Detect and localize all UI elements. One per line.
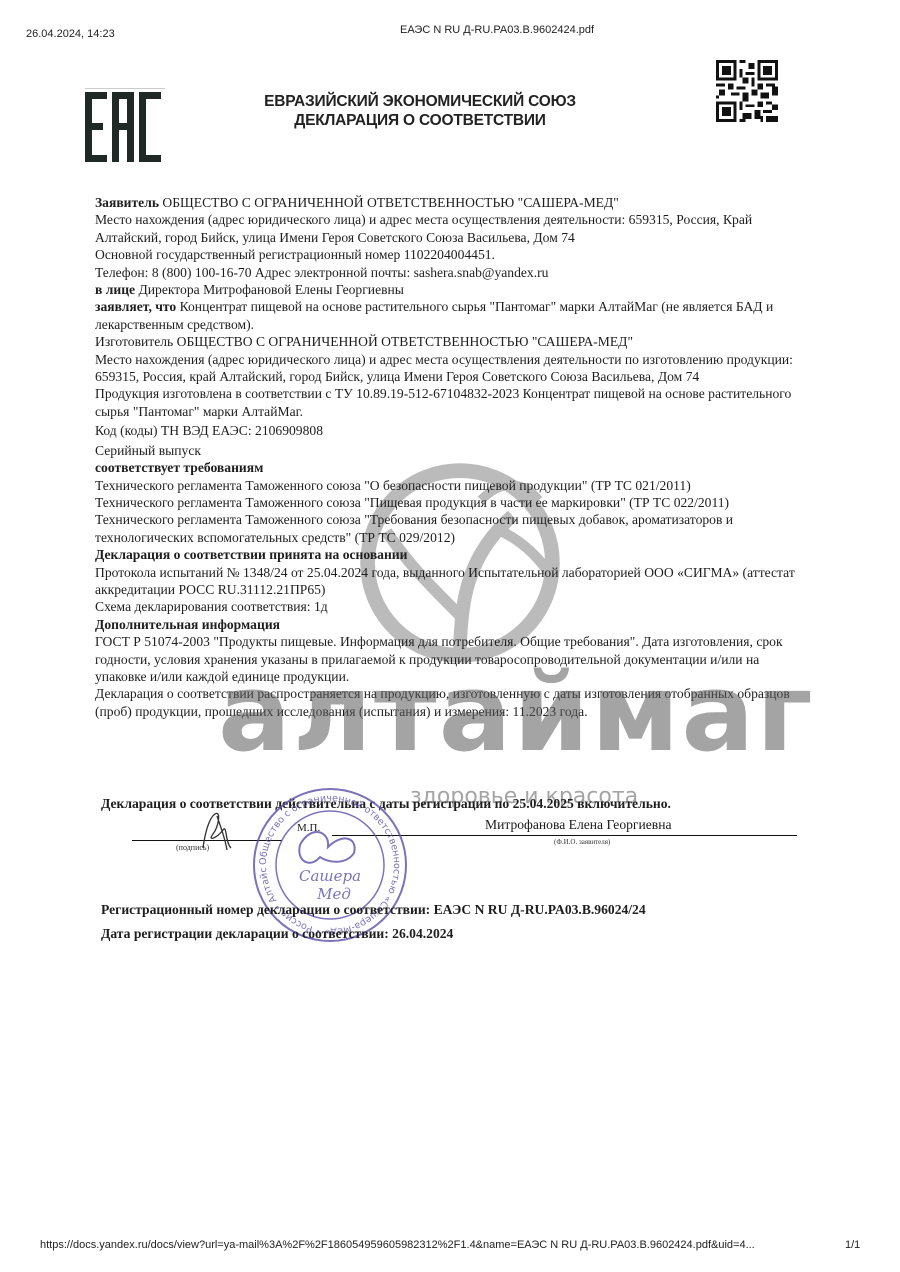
fio-caption: (Ф.И.О. заявителя) <box>554 838 610 846</box>
print-datetime: 26.04.2024, 14:23 <box>26 28 115 40</box>
svg-text:Сашера: Сашера <box>299 867 361 885</box>
additional-info-label: Дополнительная информация <box>95 616 795 633</box>
representative-label: в лице <box>95 282 135 297</box>
additional-info-scope: Декларация о соответствии распространяет… <box>95 685 795 720</box>
applicant-line: Заявитель ОБЩЕСТВО С ОГРАНИЧЕННОЙ ОТВЕТС… <box>95 194 795 211</box>
test-protocol: Протокола испытаний № 1348/24 от 25.04.2… <box>95 564 795 599</box>
print-document-title: ЕАЭС N RU Д-RU.PA03.B.9602424.pdf <box>400 24 594 36</box>
handwritten-signature-icon <box>195 808 240 853</box>
applicant-address: Место нахождения (адрес юридического лиц… <box>95 211 795 246</box>
eac-logo <box>85 92 165 164</box>
manufacturer-name: Изготовитель ОБЩЕСТВО С ОГРАНИЧЕННОЙ ОТВ… <box>95 333 795 350</box>
registration-date: Дата регистрации декларации о соответств… <box>101 926 453 942</box>
qr-code-icon <box>716 60 778 122</box>
regulation-item: Технического регламента Таможенного союз… <box>95 477 795 494</box>
declaration-body: Заявитель ОБЩЕСТВО С ОГРАНИЧЕННОЙ ОТВЕТС… <box>95 194 795 720</box>
eac-letter-e <box>85 92 107 162</box>
representative-line: в лице Директора Митрофановой Елены Геор… <box>95 281 795 298</box>
tn-ved-code: Код (коды) ТН ВЭД ЕАЭС: 2106909808 <box>95 422 795 439</box>
signer-name: Митрофанова Елена Георгиевна <box>485 817 672 833</box>
serial-release: Серийный выпуск <box>95 442 795 459</box>
declares-label: заявляет, что <box>95 299 176 314</box>
applicant-label: Заявитель <box>95 195 159 210</box>
applicant-contacts: Телефон: 8 (800) 100-16-70 Адрес электро… <box>95 264 795 281</box>
regulation-item: Технического регламента Таможенного союз… <box>95 511 795 546</box>
basis-label: Декларация о соответствии принята на осн… <box>95 546 795 563</box>
eac-letter-c <box>139 92 161 162</box>
declaration-scheme: Схема декларирования соответствия: 1д <box>95 598 795 615</box>
declaration-title: ДЕКЛАРАЦИЯ О СООТВЕТСТВИИ <box>250 111 590 130</box>
produced-per-spec: Продукция изготовлена в соответствии с Т… <box>95 385 795 420</box>
company-stamp-icon: Общество с ограниченной ответственностью… <box>250 785 410 945</box>
conforms-label: соответствует требованиям <box>95 459 795 476</box>
eac-letter-a <box>112 92 134 162</box>
representative-name: Директора Митрофановой Елены Георгиевны <box>135 282 404 297</box>
page-number: 1/1 <box>845 1239 860 1251</box>
additional-info-text: ГОСТ Р 51074-2003 "Продукты пищевые. Инф… <box>95 633 795 685</box>
product-description: Концентрат пищевой на основе растительно… <box>95 299 773 331</box>
union-title: ЕВРАЗИЙСКИЙ ЭКОНОМИЧЕСКИЙ СОЮЗ <box>250 92 590 111</box>
declares-line: заявляет, что Концентрат пищевой на осно… <box>95 298 795 333</box>
registration-number: Регистрационный номер декларации о соотв… <box>101 902 646 918</box>
print-url: https://docs.yandex.ru/docs/view?url=ya-… <box>40 1239 755 1251</box>
applicant-name: ОБЩЕСТВО С ОГРАНИЧЕННОЙ ОТВЕТСТВЕННОСТЬЮ… <box>159 195 619 210</box>
applicant-ogrn: Основной государственный регистрационный… <box>95 246 795 263</box>
document-header: ЕВРАЗИЙСКИЙ ЭКОНОМИЧЕСКИЙ СОЮЗ ДЕКЛАРАЦИ… <box>250 92 590 130</box>
svg-text:Мед: Мед <box>316 885 351 903</box>
regulation-item: Технического регламента Таможенного союз… <box>95 494 795 511</box>
manufacturer-address: Место нахождения (адрес юридического лиц… <box>95 351 795 386</box>
